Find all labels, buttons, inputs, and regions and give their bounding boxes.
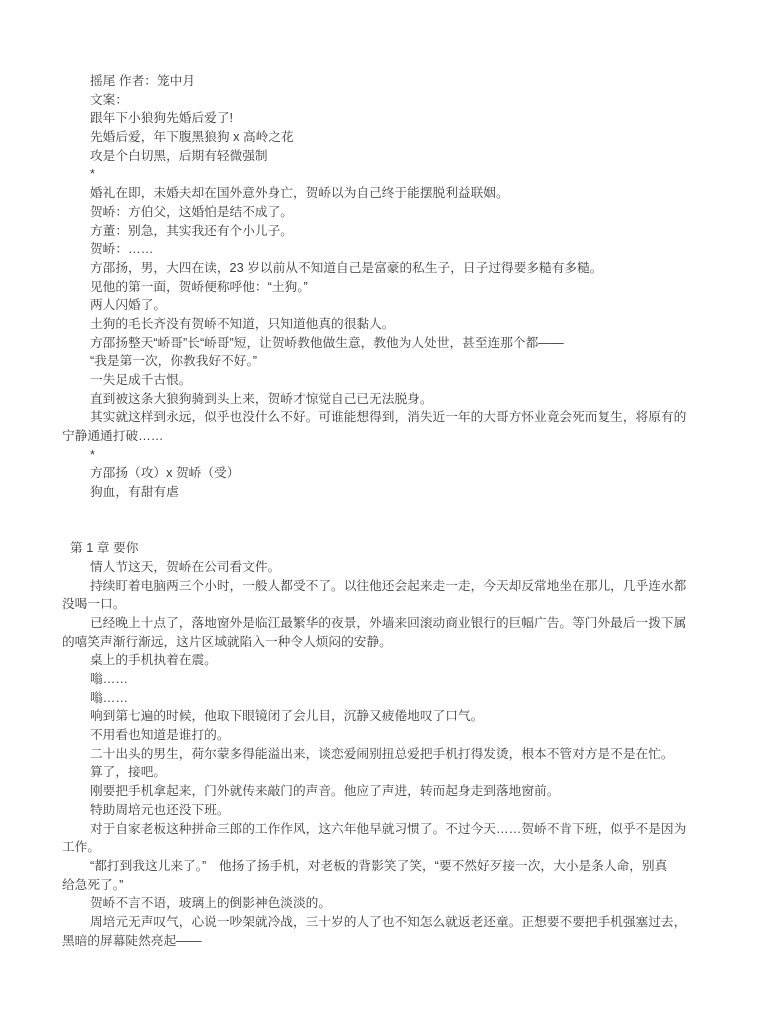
text-line: *: [62, 165, 748, 184]
blank-line: [62, 521, 748, 540]
text-line: 一失足成千古恨。: [62, 371, 748, 390]
text-line: “我是第一次，你教我好不好。”: [62, 352, 748, 371]
text-line: 贺峤：方伯父，这婚怕是结不成了。: [62, 203, 748, 222]
text-line: 的嘻笑声渐行渐远，这片区域就陷入一种令人烦闷的安静。: [62, 633, 748, 652]
text-line: 已经晚上十点了，落地窗外是临江最繁华的夜景，外墙来回滚动商业银行的巨幅广告。等门…: [62, 614, 748, 633]
text-line: 跟年下小狼狗先婚后爱了!: [62, 109, 748, 128]
text-line: 方邵扬（攻）x 贺峤（受）: [62, 464, 748, 483]
text-line: 贺峤不言不语，玻璃上的倒影神色淡淡的。: [62, 894, 748, 913]
text-line: 土狗的毛长齐没有贺峤不知道，只知道他真的很黏人。: [62, 315, 748, 334]
text-line: 宁静通通打破……: [62, 427, 748, 446]
text-line: 直到被这条大狼狗骑到头上来，贺峤才惊觉自己已无法脱身。: [62, 390, 748, 409]
text-line: 黑暗的屏幕陡然亮起——: [62, 932, 748, 951]
text-line: 对于自家老板这种拼命三郎的工作作风，这六年他早就习惯了。不过今天……贺峤不肯下班…: [62, 820, 748, 839]
text-line: 其实就这样到永远，似乎也没什么不好。可谁能想得到，消失近一年的大哥方怀业竟会死而…: [62, 408, 748, 427]
text-line: 刚要把手机拿起来，门外就传来敲门的声音。他应了声进，转而起身走到落地窗前。: [62, 782, 748, 801]
text-line: “都打到我这儿来了。” 他扬了扬手机，对老板的背影笑了笑，“要不然好歹接一次，大…: [62, 857, 748, 876]
text-line: 不用看也知道是谁打的。: [62, 726, 748, 745]
text-line: 攻是个白切黑，后期有轻微强制: [62, 147, 748, 166]
text-line: 摇尾 作者：笼中月: [62, 72, 748, 91]
text-line: 二十出头的男生，荷尔蒙多得能溢出来，谈恋爱闹别扭总爱把手机打得发烫，根本不管对方…: [62, 745, 748, 764]
text-line: 婚礼在即，未婚夫却在国外意外身亡，贺峤以为自己终于能摆脱利益联姻。: [62, 184, 748, 203]
text-line: 方邵扬，男，大四在读，23 岁以前从不知道自己是富豪的私生子，日子过得要多糙有多…: [62, 259, 748, 278]
text-line: 情人节这天，贺峤在公司看文件。: [62, 558, 748, 577]
text-line: 响到第七遍的时候，他取下眼镜闭了会儿目，沉静又疲倦地叹了口气。: [62, 707, 748, 726]
text-line: 文案：: [62, 91, 748, 110]
text-line: 贺峤：……: [62, 240, 748, 259]
text-line: 狗血，有甜有虐: [62, 483, 748, 502]
text-line: 先婚后爱，年下腹黑狼狗 x 高岭之花: [62, 128, 748, 147]
blank-line: [62, 502, 748, 521]
text-line: 周培元无声叹气，心说一吵架就冷战，三十岁的人了也不知怎么就返老还童。正想要不要把…: [62, 913, 748, 932]
text-line: 方邵扬整天“峤哥”长“峤哥”短，让贺峤教他做生意，教他为人处世，甚至连那个都——: [62, 334, 748, 353]
text-line: 两人闪婚了。: [62, 296, 748, 315]
text-line: 第 1 章 要你: [62, 539, 748, 558]
text-line: 嗡……: [62, 670, 748, 689]
text-line: 持续盯着电脑两三个小时，一般人都受不了。以往他还会起来走一走，今天却反常地坐在那…: [62, 577, 748, 596]
novel-text: 摇尾 作者：笼中月文案：跟年下小狼狗先婚后爱了!先婚后爱，年下腹黑狼狗 x 高岭…: [62, 72, 748, 950]
text-line: 算了，接吧。: [62, 763, 748, 782]
text-line: 给急死了。”: [62, 876, 748, 895]
document-page: 摇尾 作者：笼中月文案：跟年下小狼狗先婚后爱了!先婚后爱，年下腹黑狼狗 x 高岭…: [0, 0, 768, 1024]
text-line: *: [62, 446, 748, 465]
text-line: 方董：别急，其实我还有个小儿子。: [62, 222, 748, 241]
text-line: 见他的第一面，贺峤便称呼他：“土狗。”: [62, 278, 748, 297]
text-line: 特助周培元也还没下班。: [62, 801, 748, 820]
text-line: 嗡……: [62, 689, 748, 708]
text-line: 没喝一口。: [62, 595, 748, 614]
text-line: 桌上的手机执着在震。: [62, 651, 748, 670]
text-line: 工作。: [62, 838, 748, 857]
